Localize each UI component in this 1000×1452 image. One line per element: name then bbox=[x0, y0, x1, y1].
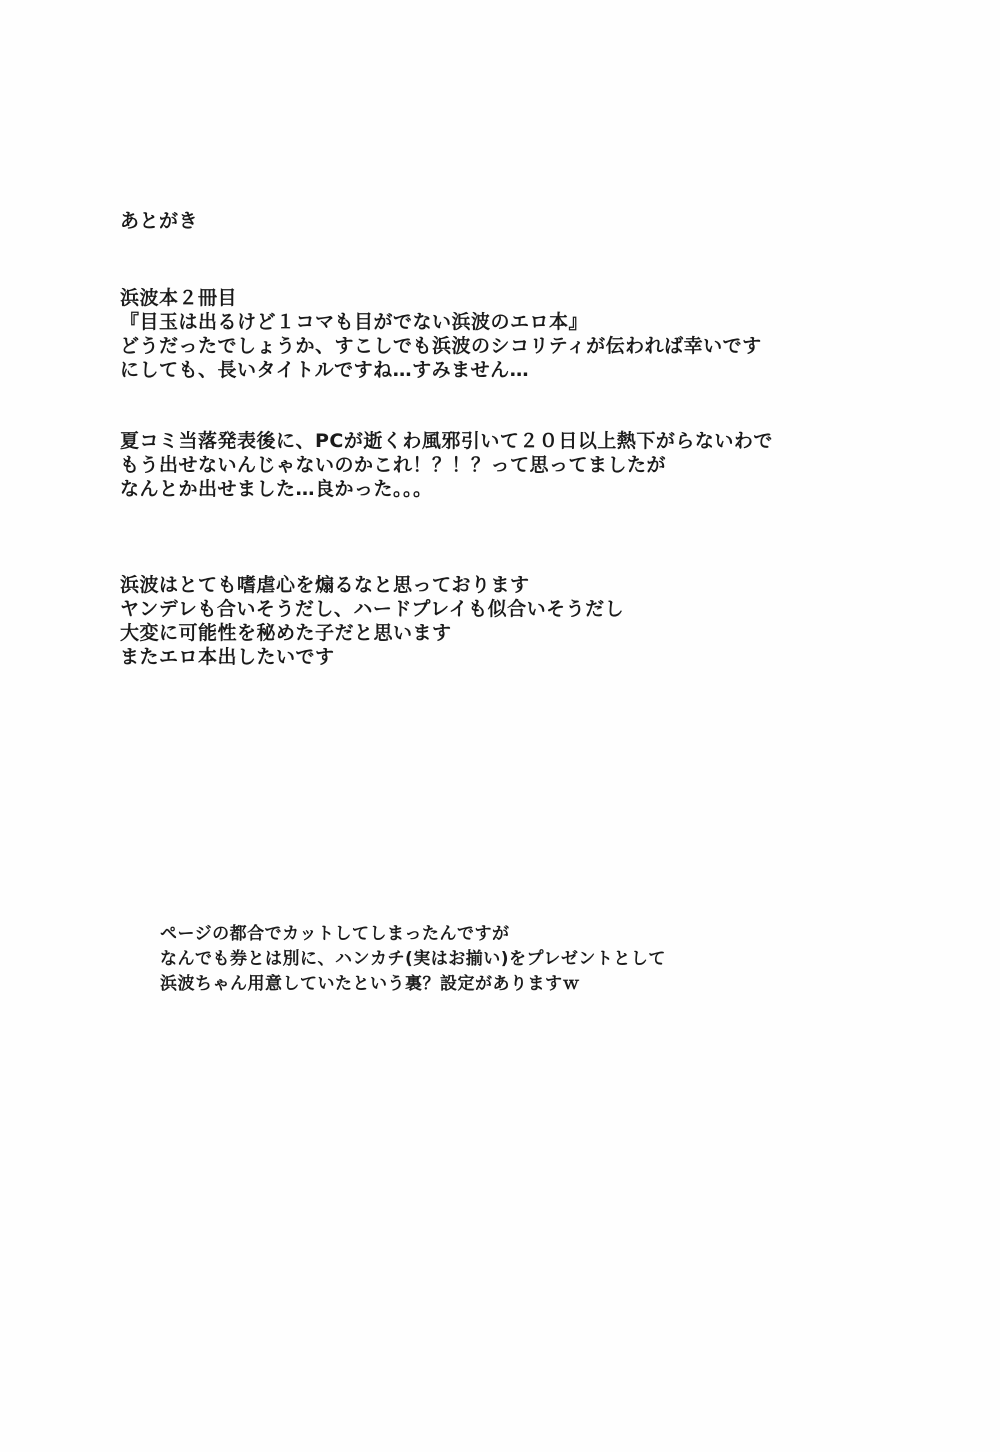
afterword-heading-block: あとがき bbox=[120, 209, 198, 233]
text-line: にしても、長いタイトルですね…すみません… bbox=[120, 358, 762, 382]
text-line: 浜波ちゃん用意していたという裏？設定がありますｗ bbox=[160, 972, 666, 997]
paragraph-production: 夏コミ当落発表後に、PCが逝くわ風邪引いて２０日以上熱下がらないわで もう出せな… bbox=[120, 429, 773, 501]
text-line: ヤンデレも合いそうだし、ハードプレイも似合いそうだし bbox=[120, 597, 624, 621]
paragraph-intro: 浜波本２冊目 『目玉は出るけど１コマも目がでない浜波のエロ本』 どうだったでしょ… bbox=[120, 286, 762, 382]
text-line: 大変に可能性を秘めた子だと思います bbox=[120, 621, 624, 645]
text-line: なんでも券とは別に、ハンカチ(実はお揃い)をプレゼントとして bbox=[160, 947, 666, 972]
text-line: もう出せないんじゃないのかこれ！？！？って思ってましたが bbox=[120, 453, 773, 477]
text-line: なんとか出せました…良かった。。。 bbox=[120, 477, 773, 501]
text-line: 夏コミ当落発表後に、PCが逝くわ風邪引いて２０日以上熱下がらないわで bbox=[120, 429, 773, 453]
text-line: 浜波はとても嗜虐心を煽るなと思っております bbox=[120, 573, 624, 597]
afterword-heading: あとがき bbox=[120, 209, 198, 233]
text-line: またエロ本出したいです bbox=[120, 645, 624, 669]
afterword-page: あとがき 浜波本２冊目 『目玉は出るけど１コマも目がでない浜波のエロ本』 どうだ… bbox=[0, 0, 1000, 1452]
text-line: 浜波本２冊目 bbox=[120, 286, 762, 310]
text-line: 『目玉は出るけど１コマも目がでない浜波のエロ本』 bbox=[120, 310, 762, 334]
paragraph-character: 浜波はとても嗜虐心を煽るなと思っております ヤンデレも合いそうだし、ハードプレイ… bbox=[120, 573, 624, 669]
side-note: ページの都合でカットしてしまったんですが なんでも券とは別に、ハンカチ(実はお揃… bbox=[160, 922, 666, 997]
text-line: ページの都合でカットしてしまったんですが bbox=[160, 922, 666, 947]
text-line: どうだったでしょうか、すこしでも浜波のシコリティが伝われば幸いです bbox=[120, 334, 762, 358]
